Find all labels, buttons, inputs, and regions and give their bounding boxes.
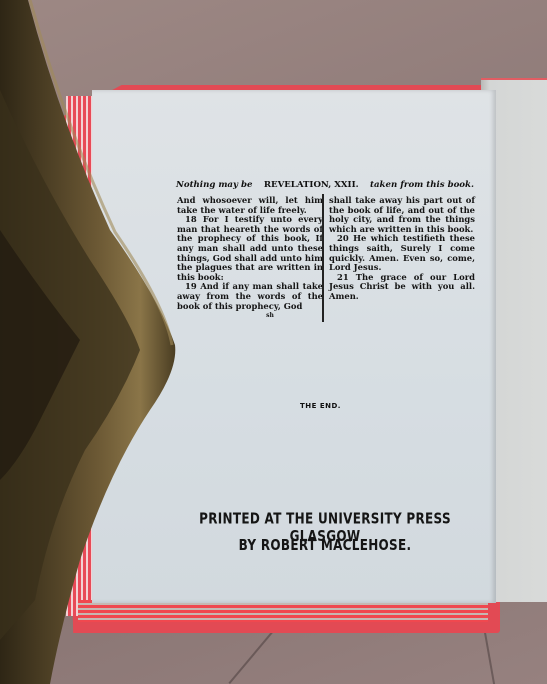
running-head: Nothing may be REVELATION, XXII. taken f…: [176, 180, 474, 190]
running-head-center: REVELATION, XXII.: [264, 180, 359, 190]
verse: 20 He which testifieth these things sait…: [329, 234, 475, 272]
right-column: shall take away his part out of the book…: [329, 196, 475, 302]
verse: 21 The grace of our Lord Jesus Christ be…: [329, 273, 475, 302]
brass-holder-icon: [0, 0, 200, 684]
imprint-line-2: BY ROBERT MACLEHOSE.: [170, 536, 480, 554]
column-divider: [322, 194, 324, 322]
running-head-right: taken from this book.: [370, 180, 474, 190]
verse: shall take away his part out of the book…: [329, 196, 475, 234]
end-mark: THE END.: [300, 402, 341, 410]
